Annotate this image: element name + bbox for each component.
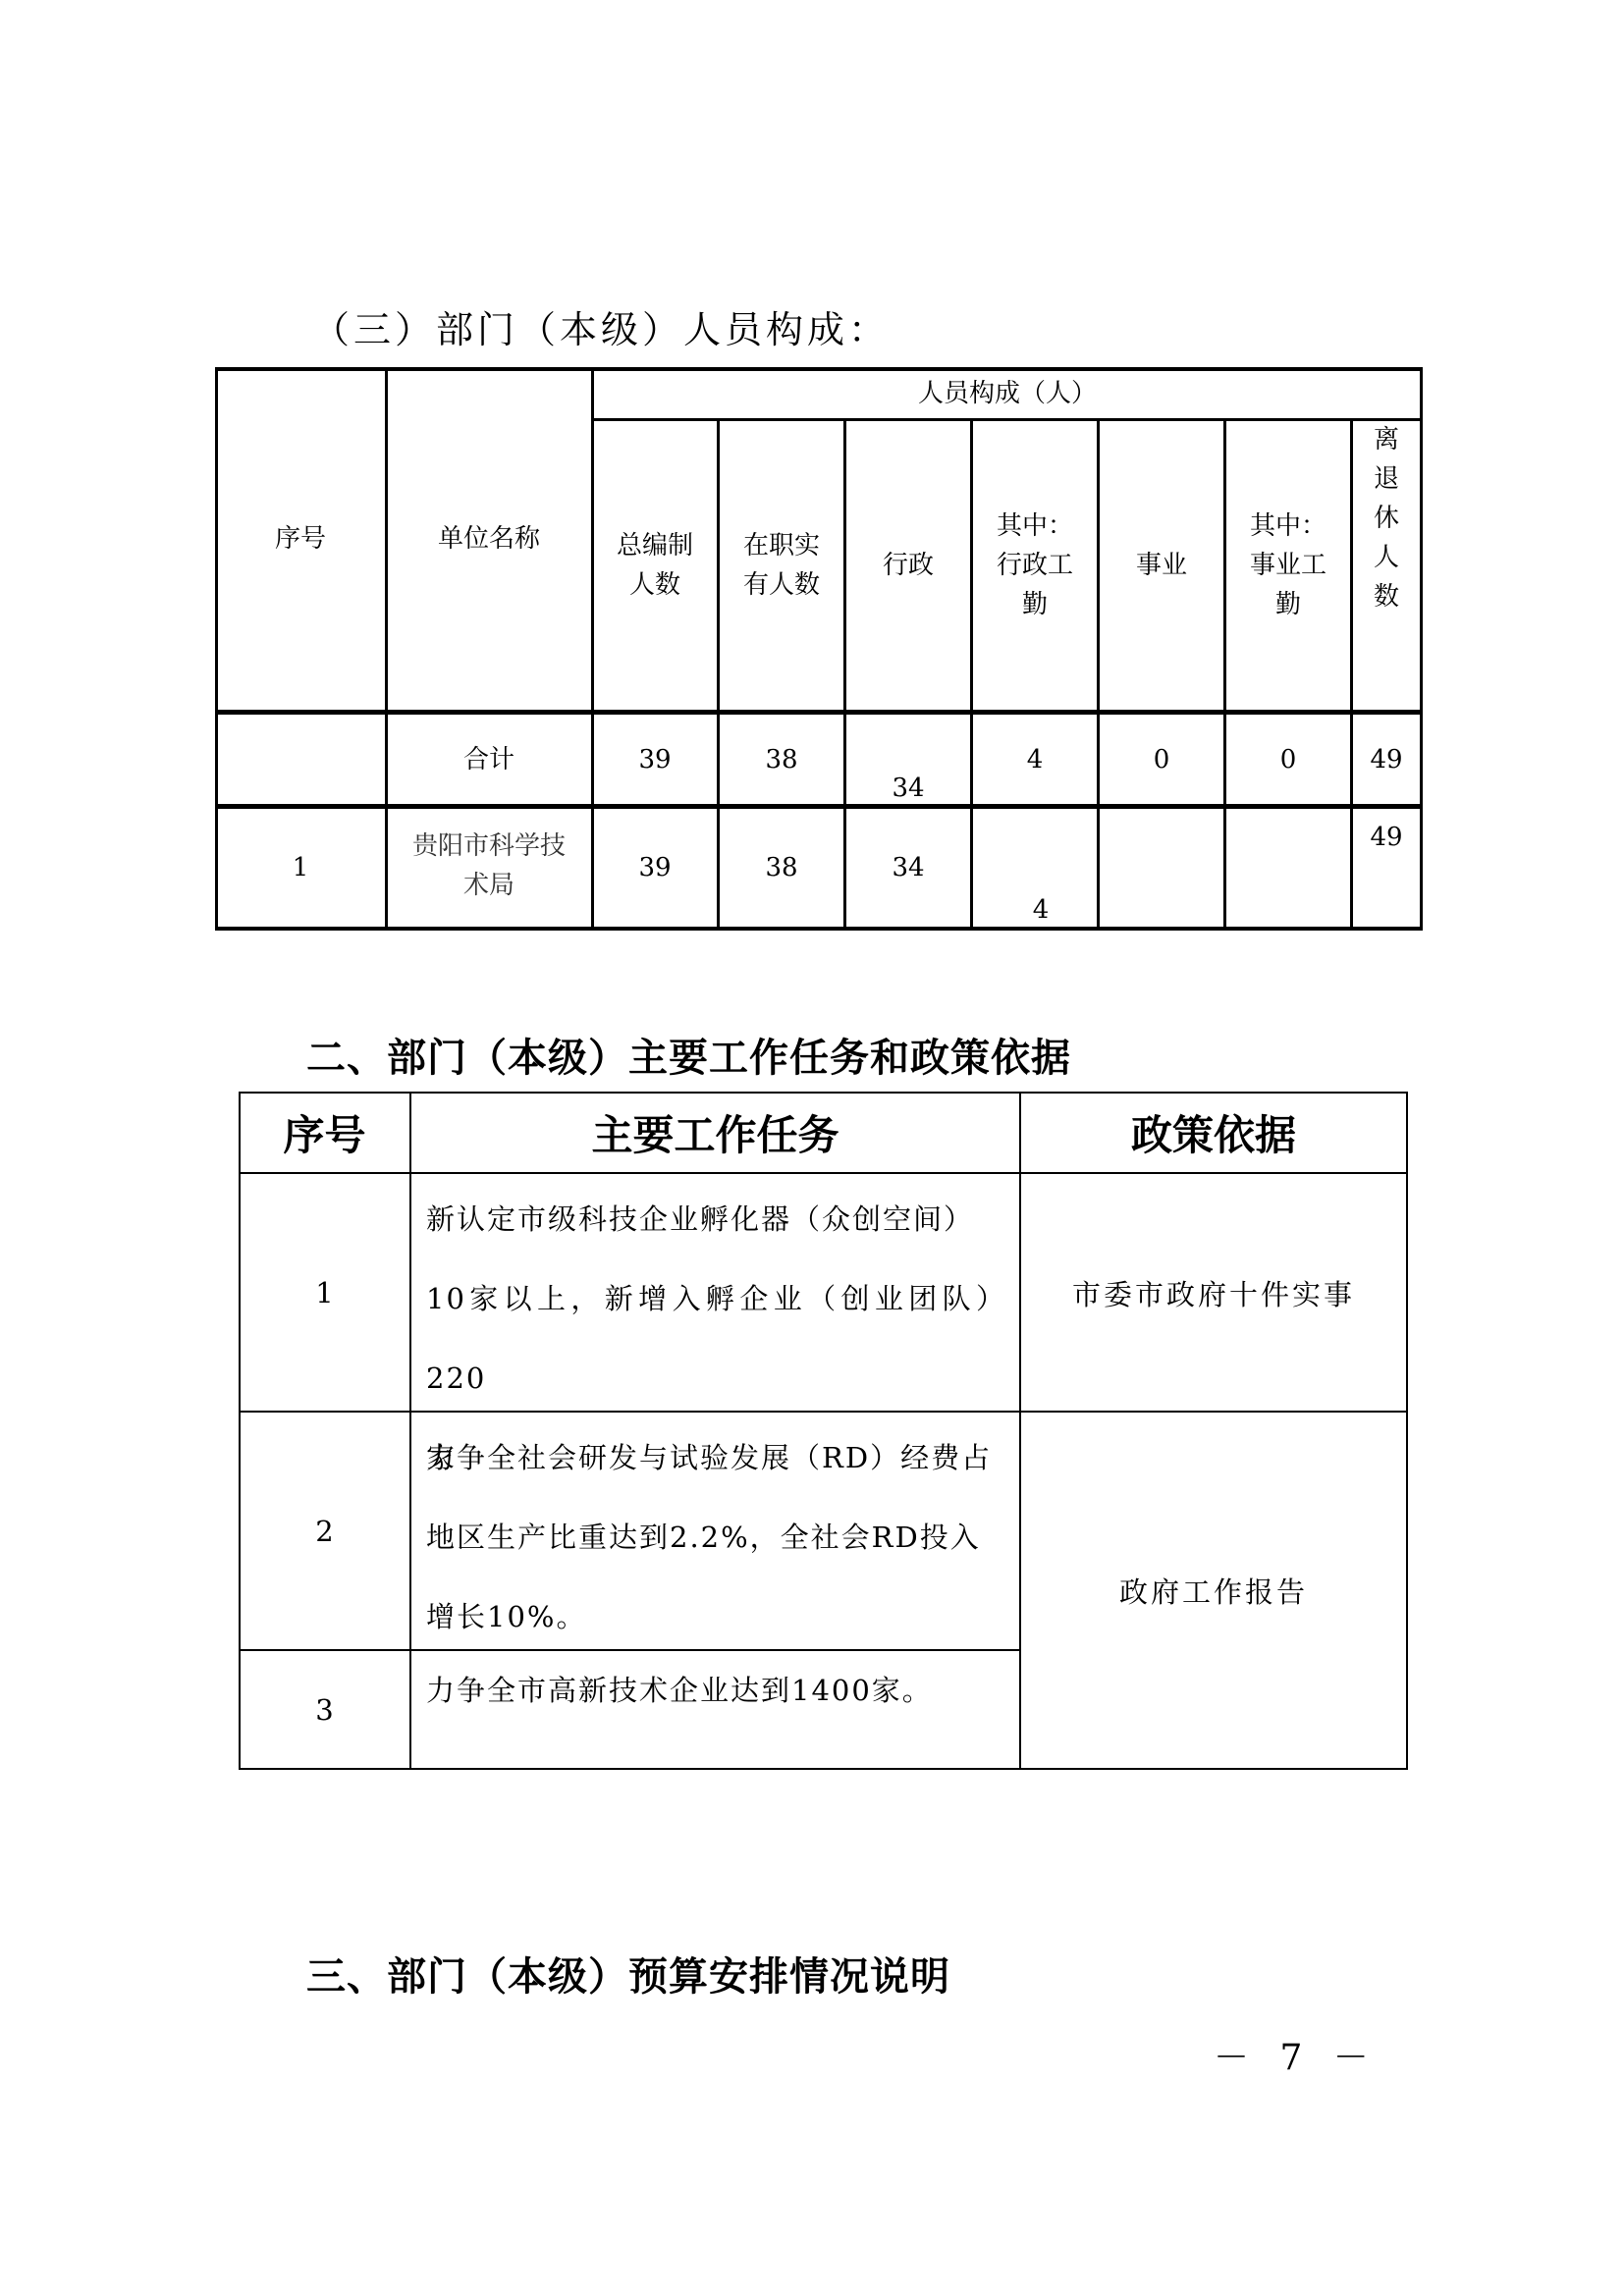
header-line: 勤 (1275, 585, 1301, 624)
staff-section-title: （三）部门（本级）人员构成： (312, 299, 890, 353)
header-line: 人 (1374, 538, 1399, 577)
unit-name-line: 贵阳市科学技 (412, 827, 566, 866)
header-retired: 离 退 休 人 数 (1352, 420, 1421, 711)
task-line: 力争全市高新技术企业达到1400家。 (426, 1651, 933, 1731)
tasks-policy-table: 序号 主要工作任务 政策依据 1 新认定市级科技企业孵化器（众创空间） 10家以… (239, 1092, 1408, 1770)
total-quota: 39 (592, 715, 718, 805)
header-line: 勤 (1022, 585, 1048, 624)
header-line: 退 (1374, 459, 1399, 499)
total-administrative: 34 (845, 715, 971, 805)
header-main-tasks: 主要工作任务 (410, 1092, 1020, 1173)
unit-name-line: 术局 (463, 866, 514, 905)
task-line: 力争全社会研发与试验发展（RD）经费占 (426, 1418, 992, 1498)
header-line: 行政工 (997, 546, 1073, 585)
header-line: 有人数 (743, 565, 820, 605)
task-text: 力争全社会研发与试验发展（RD）经费占 地区生产比重达到2.2%，全社会RD投入… (410, 1413, 1020, 1650)
total-retired: 49 (1352, 715, 1421, 805)
header-seq: 序号 (239, 1092, 410, 1173)
header-line: 人数 (629, 565, 680, 605)
task-text: 力争全市高新技术企业达到1400家。 (410, 1651, 1020, 1769)
total-institution-workers: 0 (1225, 715, 1351, 805)
task-line: 新认定市级科技企业孵化器（众创空间） (426, 1180, 974, 1259)
row-unit-name: 贵阳市科学技 术局 (386, 809, 592, 927)
header-administrative: 行政 (845, 420, 971, 711)
task-line: 增长10%。 (426, 1577, 586, 1657)
staff-composition-table: 序号 单位名称 人员构成（人） 总编制 人数 在职实 有人数 行政 其中： 行政… (215, 367, 1423, 931)
total-admin-workers: 4 (972, 715, 1098, 805)
total-institution: 0 (1099, 715, 1224, 805)
header-total-quota: 总编制 人数 (592, 420, 718, 711)
policy-basis: 政府工作报告 (1020, 1413, 1407, 1769)
header-public-institution: 事业 (1099, 420, 1224, 711)
row-institution (1099, 809, 1224, 927)
total-actual: 38 (719, 715, 844, 805)
header-institution-workers: 其中： 事业工 勤 (1225, 420, 1351, 711)
task-text: 新认定市级科技企业孵化器（众创空间） 10家以上，新增入孵企业（创业团队）220… (410, 1174, 1020, 1412)
row-institution-workers (1225, 809, 1351, 927)
header-line: 行政 (883, 546, 934, 585)
header-staff-composition: 人员构成（人） (592, 367, 1423, 420)
total-label: 合计 (386, 715, 592, 805)
header-line: 休 (1374, 499, 1399, 538)
budget-section-title: 三、部门（本级）预算安排情况说明 (306, 1946, 950, 2002)
row-seq: 1 (215, 809, 386, 927)
header-line: 事业 (1136, 546, 1187, 585)
header-line: 其中： (997, 507, 1073, 546)
row-retired: 49 (1352, 809, 1421, 927)
header-unit-name: 单位名称 (386, 367, 592, 711)
row-actual: 38 (719, 809, 844, 927)
task-seq: 1 (239, 1174, 410, 1412)
header-line: 总编制 (617, 526, 693, 565)
header-line: 事业工 (1250, 546, 1326, 585)
header-line: 在职实 (743, 526, 820, 565)
header-actual-staff: 在职实 有人数 (719, 420, 844, 711)
row-quota: 39 (592, 809, 718, 927)
header-seq: 序号 (215, 367, 386, 711)
task-seq: 2 (239, 1413, 410, 1650)
table-border-bottom (215, 927, 1423, 931)
row-admin-workers: 4 (972, 809, 1110, 927)
header-line: 离 (1374, 420, 1399, 459)
header-line: 其中： (1250, 507, 1326, 546)
task-seq: 3 (239, 1651, 410, 1769)
row-administrative: 34 (845, 809, 971, 927)
page-number: － 7 － (1214, 2030, 1379, 2080)
header-admin-workers: 其中： 行政工 勤 (972, 420, 1098, 711)
tasks-section-title: 二、部门（本级）主要工作任务和政策依据 (306, 1027, 1071, 1083)
task-line: 地区生产比重达到2.2%，全社会RD投入 (426, 1498, 981, 1577)
header-policy-basis: 政策依据 (1020, 1092, 1407, 1173)
task-line: 10家以上，新增入孵企业（创业团队）220 (426, 1259, 1006, 1418)
header-line: 数 (1374, 577, 1399, 616)
policy-basis: 市委市政府十件实事 (1020, 1174, 1407, 1412)
